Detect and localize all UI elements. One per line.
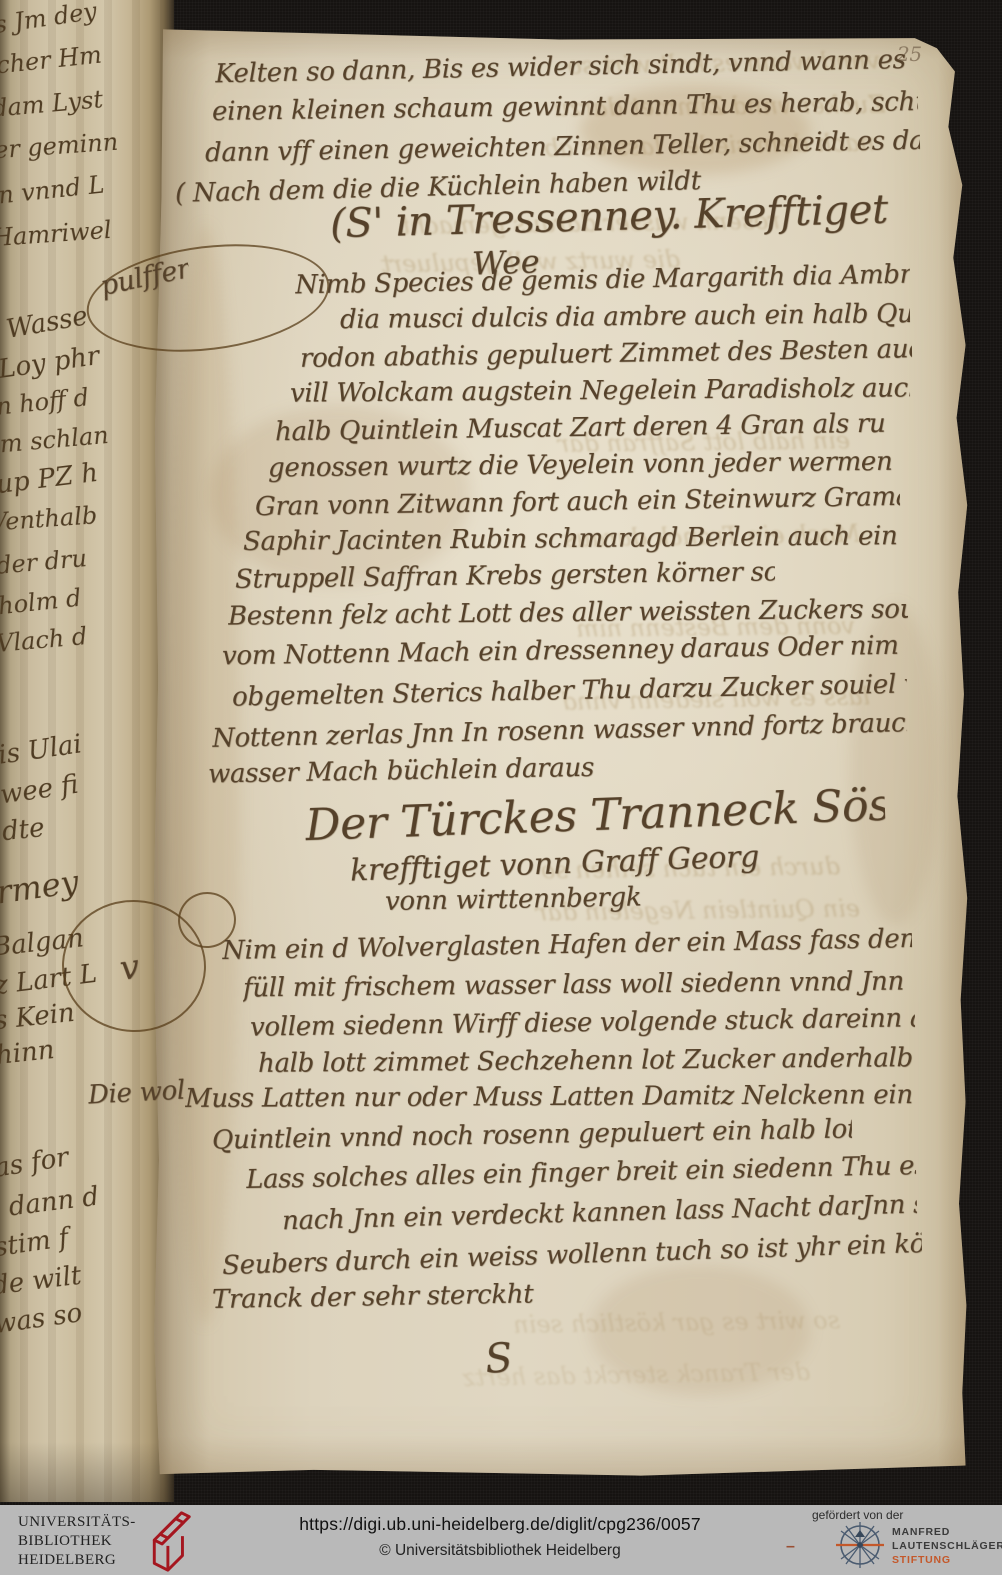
stiftung-name3: STIFTUNG — [892, 1553, 1002, 1567]
library-line2: BIBLIOTHEK — [18, 1532, 136, 1551]
stiftung-name2: LAUTENSCHLÄGER — [892, 1539, 1002, 1553]
stiftung-name1: MANFRED — [892, 1525, 1002, 1539]
manuscript-line: Muss Latten nur oder Muss Latten Damitz … — [185, 1080, 920, 1114]
edge-fragment: hinn — [0, 1035, 56, 1071]
digitized-manuscript-view: s Jm dey cher Hm dam Lyst er geminn n vn… — [0, 0, 1002, 1575]
library-line1: UNIVERSITÄTS- — [18, 1513, 136, 1532]
quire-mark: S — [483, 1335, 514, 1383]
funder-dash: – — [786, 1538, 795, 1556]
library-wordmark: UNIVERSITÄTS- BIBLIOTHEK HEIDELBERG — [18, 1513, 136, 1570]
stiftung-wordmark: MANFRED LAUTENSCHLÄGER STIFTUNG — [892, 1525, 1002, 1567]
manuscript-line: dia musci dulcis dia ambre auch ein halb… — [340, 299, 910, 335]
library-line3: HEIDELBERG — [18, 1551, 136, 1570]
manuscript-line: Saphir Jacinten Rubin schmaragd Berlein … — [243, 521, 903, 557]
manuscript-line: halb lott zimmet Sechzehenn lot Zucker a… — [258, 1043, 913, 1079]
footer-bar: UNIVERSITÄTS- BIBLIOTHEK HEIDELBERG http… — [0, 1505, 1002, 1575]
edge-fragment: dte — [1, 813, 46, 847]
funder-prefix: gefördert von der — [812, 1508, 903, 1522]
recipe2-subheading2: vonn wirttennbergk — [385, 881, 715, 917]
manuscript-line: Tranck der sehr sterckht — [212, 1279, 552, 1315]
stiftung-logo-icon — [836, 1521, 884, 1574]
manuscript-line: vill Wolckam augstein Negelein Paradisho… — [290, 373, 910, 408]
margin-note-diewol: Die wol — [87, 1075, 185, 1110]
attribution-block: https://digi.ub.uni-heidelberg.de/diglit… — [225, 1505, 775, 1560]
copyright-line: © Universitätsbibliothek Heidelberg — [225, 1542, 775, 1560]
university-library-logo-icon — [134, 1507, 194, 1575]
source-url: https://digi.ub.uni-heidelberg.de/diglit… — [225, 1514, 775, 1535]
